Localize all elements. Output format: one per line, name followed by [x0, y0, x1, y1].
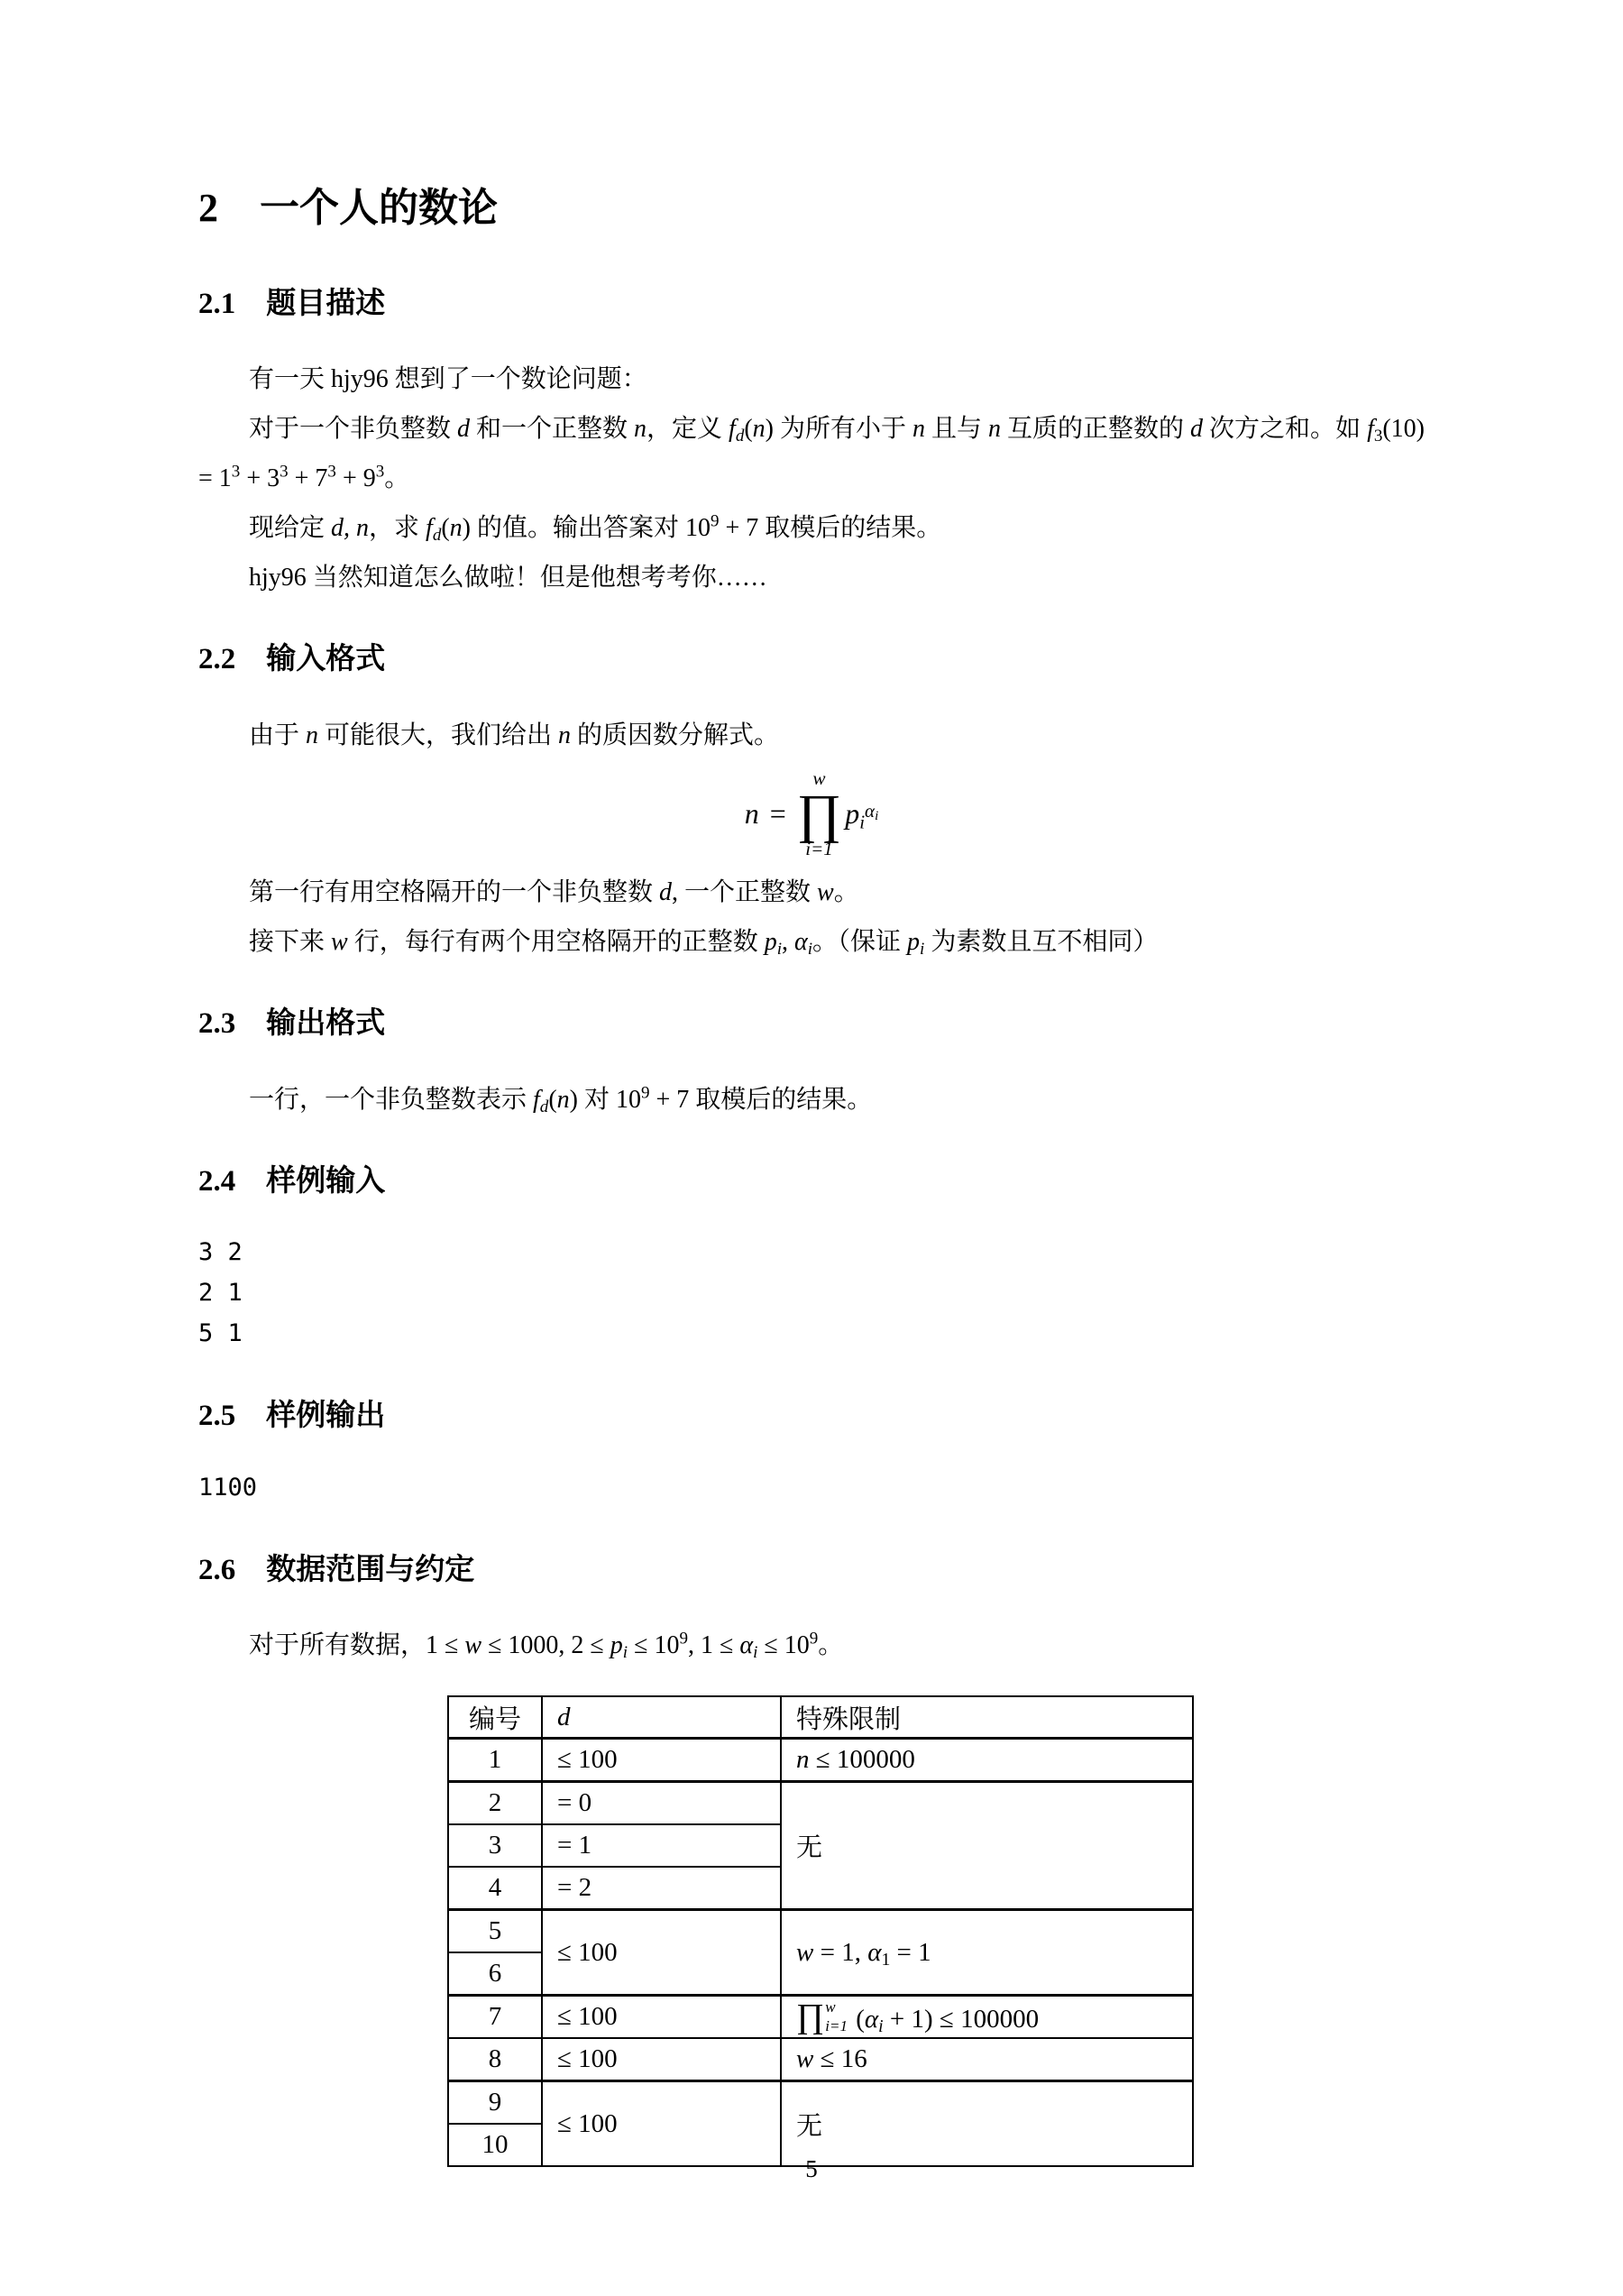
section-title-text: 输入格式: [266, 641, 385, 675]
section-number: 2.6: [198, 1554, 235, 1586]
sample-output-block: 1100: [198, 1467, 1425, 1508]
case-number-cell: 6: [448, 1952, 542, 1996]
paragraph: 现给定 d, n，求 fd(n) 的值。输出答案对 109 + 7 取模后的结果…: [198, 503, 1425, 553]
sample-input-line: 3 2: [198, 1232, 1425, 1272]
formula-exponent: αi: [865, 811, 878, 816]
table-header-row: 编号 d 特殊限制: [448, 1696, 1193, 1739]
d-constraint-cell: ≤ 100: [542, 1910, 781, 1996]
case-number-cell: 5: [448, 1910, 542, 1953]
table-row: 1 ≤ 100 n ≤ 100000: [448, 1739, 1193, 1782]
constraints-table: 编号 d 特殊限制 1 ≤ 100 n ≤ 100000 2 = 0 无 3 =…: [447, 1695, 1194, 2167]
header-special-limit: 特殊限制: [781, 1696, 1193, 1739]
section-title-text: 样例输入: [266, 1163, 385, 1197]
product-operator: ∏: [796, 1999, 824, 2034]
document-page: 2一个人的数论 2.1题目描述 有一天 hjy96 想到了一个数论问题： 对于一…: [0, 0, 1623, 2296]
paragraph: 有一天 hjy96 想到了一个数论问题：: [198, 354, 1425, 404]
heading-output-format: 2.3输出格式: [198, 1005, 1425, 1042]
heading-sample-input: 2.4样例输入: [198, 1162, 1425, 1200]
d-constraint-cell: ≤ 100: [542, 1739, 781, 1782]
heading-problem-description: 2.1题目描述: [198, 285, 1425, 323]
case-number-cell: 4: [448, 1867, 542, 1910]
special-limit-cell: n ≤ 100000: [781, 1739, 1193, 1782]
product-limit-expression: ∏ w i=1: [796, 1999, 849, 2034]
d-constraint-cell: ≤ 100: [542, 2081, 781, 2167]
sample-output-line: 1100: [198, 1467, 1425, 1508]
case-number-cell: 3: [448, 1824, 542, 1867]
heading-sample-output: 2.5样例输出: [198, 1397, 1425, 1435]
sample-input-block: 3 2 2 1 5 1: [198, 1232, 1425, 1354]
formula-base: pi: [845, 798, 865, 830]
heading-input-format: 2.2输入格式: [198, 640, 1425, 678]
case-number-cell: 2: [448, 1782, 542, 1825]
sample-input-line: 2 1: [198, 1272, 1425, 1313]
case-number-cell: 7: [448, 1996, 542, 2039]
case-number-cell: 9: [448, 2081, 542, 2125]
section-number: 2: [198, 186, 218, 230]
section-number: 2.2: [198, 643, 235, 675]
special-limit-cell: w ≤ 16: [781, 2038, 1193, 2081]
product-limit-rest: (αi + 1) ≤ 100000: [856, 2005, 1039, 2034]
header-d: d: [542, 1696, 781, 1739]
special-limit-cell: 无: [781, 1782, 1193, 1910]
table-row: 9 ≤ 100 无: [448, 2081, 1193, 2125]
d-constraint-cell: ≤ 100: [542, 2038, 781, 2081]
section-number: 2.4: [198, 1165, 235, 1198]
paragraph: 接下来 w 行，每行有两个用空格隔开的正整数 pi, αi。（保证 pi 为素数…: [198, 917, 1425, 967]
table-row: 7 ≤ 100 ∏ w i=1 (αi + 1) ≤ 100000: [448, 1996, 1193, 2039]
special-limit-cell: w = 1, α1 = 1: [781, 1910, 1193, 1996]
case-number-cell: 8: [448, 2038, 542, 2081]
special-limit-cell: 无: [781, 2081, 1193, 2167]
paragraph: hjy96 当然知道怎么做啦！但是他想考考你……: [198, 553, 1425, 602]
product-lower-limit: i=1: [805, 840, 833, 859]
section-title-text: 题目描述: [266, 286, 385, 319]
paragraph: 第一行有用空格隔开的一个非负整数 d, 一个正整数 w。: [198, 868, 1425, 917]
case-number-cell: 1: [448, 1739, 542, 1782]
product-symbol: w ∏ i=1: [797, 769, 841, 859]
table-row: 8 ≤ 100 w ≤ 16: [448, 2038, 1193, 2081]
table-row: 2 = 0 无: [448, 1782, 1193, 1825]
section-number: 2.1: [198, 288, 235, 320]
table-row: 5 ≤ 100 w = 1, α1 = 1: [448, 1910, 1193, 1953]
paragraph: 对于所有数据，1 ≤ w ≤ 1000, 2 ≤ pi ≤ 109, 1 ≤ α…: [198, 1621, 1425, 1670]
equals-sign: =: [770, 798, 786, 830]
section-title-text: 数据范围与约定: [266, 1552, 474, 1585]
paragraph: 由于 n 可能很大，我们给出 n 的质因数分解式。: [198, 711, 1425, 760]
section-title-text: 一个人的数论: [260, 186, 498, 230]
sample-input-line: 5 1: [198, 1313, 1425, 1354]
d-constraint-cell: ≤ 100: [542, 1996, 781, 2039]
section-number: 2.3: [198, 1007, 235, 1040]
d-constraint-cell: = 2: [542, 1867, 781, 1910]
section-title-text: 样例输出: [266, 1398, 385, 1431]
header-case-number: 编号: [448, 1696, 542, 1739]
display-formula: n = w ∏ i=1 pi αi: [198, 769, 1425, 859]
paragraph: 对于一个非负整数 d 和一个正整数 n，定义 fd(n) 为所有小于 n 且与 …: [198, 404, 1425, 503]
paragraph: 一行，一个非负整数表示 fd(n) 对 109 + 7 取模后的结果。: [198, 1075, 1425, 1125]
d-constraint-cell: = 0: [542, 1782, 781, 1825]
special-limit-cell: ∏ w i=1 (αi + 1) ≤ 100000: [781, 1996, 1193, 2039]
heading-data-range: 2.6数据范围与约定: [198, 1551, 1425, 1589]
formula-lhs: n: [745, 798, 759, 830]
d-constraint-cell: = 1: [542, 1824, 781, 1867]
product-limits: w i=1: [825, 1999, 848, 2034]
section-title-text: 输出格式: [266, 1006, 385, 1039]
product-operator: ∏: [797, 788, 841, 840]
page-number: 5: [0, 2155, 1623, 2183]
section-number: 2.5: [198, 1400, 235, 1432]
problem-title: 2一个人的数论: [198, 185, 1425, 233]
